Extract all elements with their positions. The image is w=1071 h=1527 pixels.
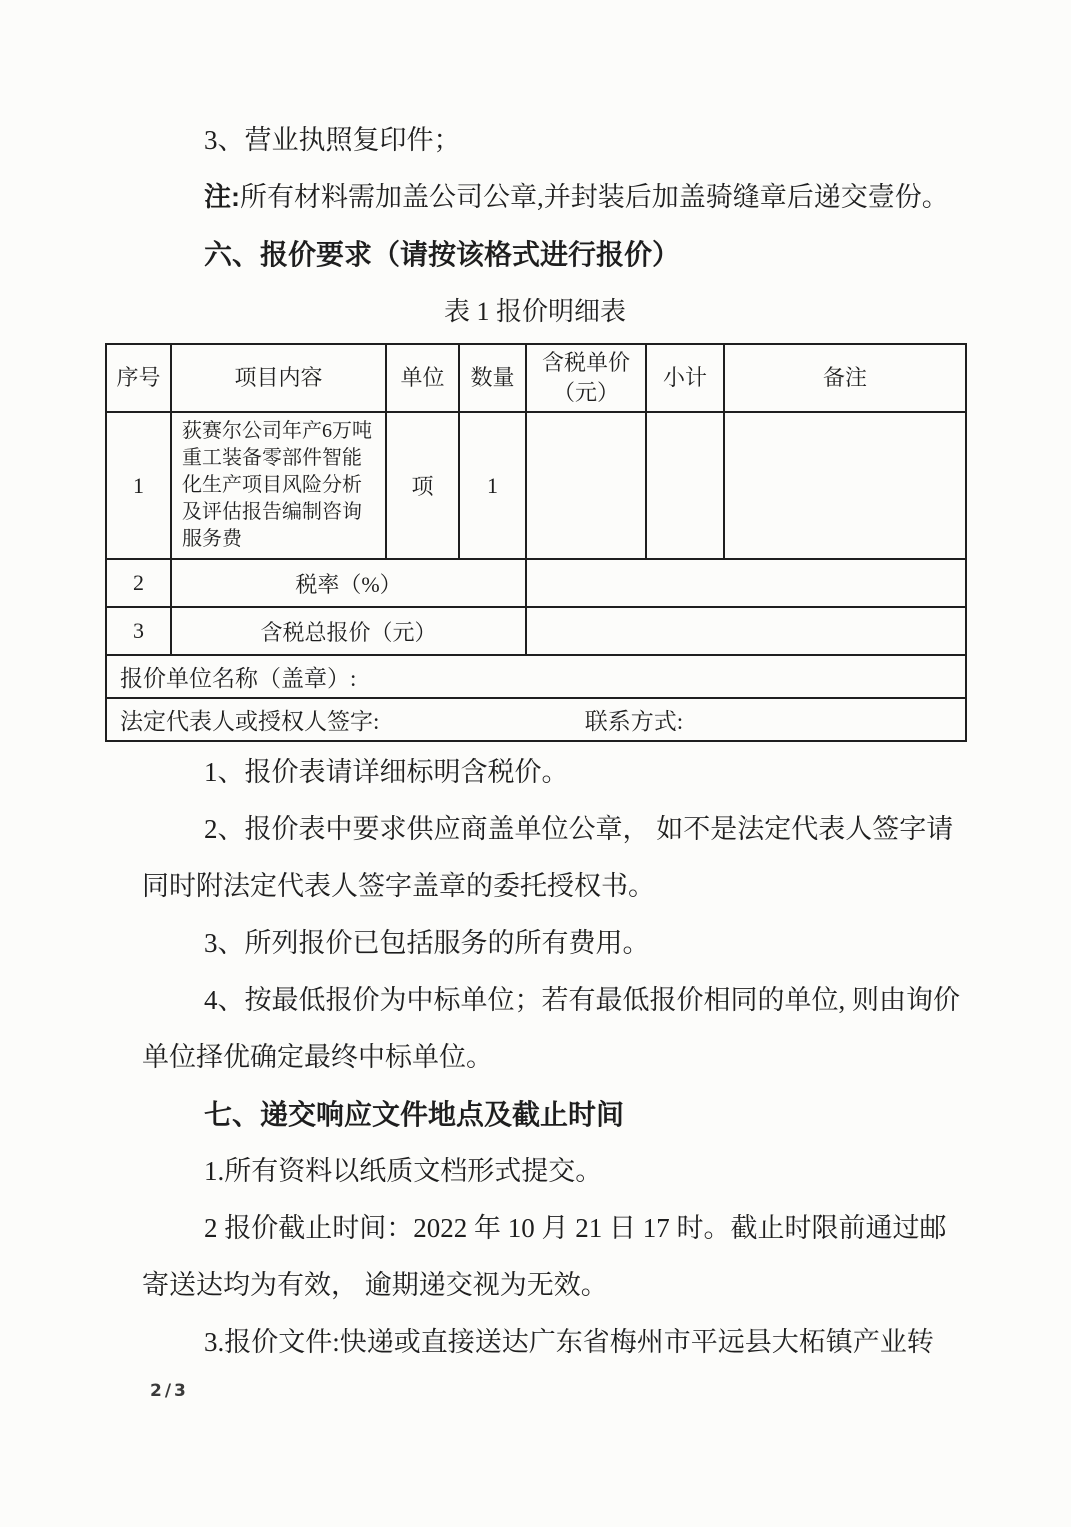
tax-no-cell: 2 <box>106 559 171 607</box>
col-header-unit-price: 含税单价 （元） <box>526 344 646 412</box>
note-item-4: 4、按最低报价为中标单位；若有最低报价相同的单位, 则由询价 单位择优确定最终中… <box>142 972 992 1086</box>
note-item-3: 3、所列报价已包括服务的所有费用。 <box>142 915 992 972</box>
document-page: 3、营业执照复印件； 注:所有材料需加盖公司公章,并封装后加盖骑缝章后递交壹份。… <box>0 0 1071 1527</box>
signature-cell: 法定代表人或授权人签字:联系方式: <box>106 698 966 741</box>
item-qty-cell: 1 <box>459 412 526 559</box>
table-header-row: 序号 项目内容 单位 数量 含税单价 （元） 小计 备注 <box>106 344 966 412</box>
section-six-heading: 六、报价要求（请按该格式进行报价） <box>142 226 992 283</box>
item-no-cell: 1 <box>106 412 171 559</box>
table-row-signature: 法定代表人或授权人签字:联系方式: <box>106 698 966 741</box>
col-header-qty: 数量 <box>459 344 526 412</box>
submission-item-3: 3.报价文件:快递或直接送达广东省梅州市平远县大柘镇产业转 <box>142 1314 992 1371</box>
note-item-1: 1、报价表请详细标明含税价。 <box>142 744 992 801</box>
note-label: 注: <box>204 182 240 212</box>
tax-value-cell <box>526 559 966 607</box>
table-row-tax-rate: 2 税率（%） <box>106 559 966 607</box>
item-content-cell: 荻赛尔公司年产6万吨 重工装备零部件智能 化生产项目风险分析 及评估报告编制咨询… <box>171 412 386 559</box>
item-unit-price-cell <box>526 412 646 559</box>
note-item-2: 2、报价表中要求供应商盖单位公章， 如不是法定代表人签字请 同时附法定代表人签字… <box>142 801 992 915</box>
item-subtotal-cell <box>646 412 724 559</box>
submission-item-1: 1.所有资料以纸质文档形式提交。 <box>142 1143 992 1200</box>
col-header-item: 项目内容 <box>171 344 386 412</box>
submission-item-2: 2 报价截止时间：2022 年 10 月 21 日 17 时。截止时限前通过邮 … <box>142 1200 992 1314</box>
page-number: 2/3 <box>150 1381 1071 1401</box>
quotation-table: 序号 项目内容 单位 数量 含税单价 （元） 小计 备注 1 荻赛尔公司年产6万… <box>105 343 967 742</box>
tax-label-cell: 税率（%） <box>171 559 526 607</box>
total-no-cell: 3 <box>106 607 171 655</box>
col-header-subtotal: 小计 <box>646 344 724 412</box>
table-caption: 表 1 报价明细表 <box>105 283 965 340</box>
company-name-cell: 报价单位名称（盖章）: <box>106 655 966 698</box>
section-seven-heading: 七、递交响应文件地点及截止时间 <box>142 1086 992 1143</box>
col-header-remark: 备注 <box>724 344 966 412</box>
col-header-unit: 单位 <box>386 344 459 412</box>
item-unit-cell: 项 <box>386 412 459 559</box>
contact-label: 联系方式: <box>585 709 683 734</box>
notes-section: 1、报价表请详细标明含税价。 2、报价表中要求供应商盖单位公章， 如不是法定代表… <box>0 744 1071 1371</box>
item-remark-cell <box>724 412 966 559</box>
table-row-item: 1 荻赛尔公司年产6万吨 重工装备零部件智能 化生产项目风险分析 及评估报告编制… <box>106 412 966 559</box>
note-text: 所有材料需加盖公司公章,并封装后加盖骑缝章后递交壹份。 <box>240 182 949 212</box>
item-business-license: 3、营业执照复印件； <box>142 112 992 169</box>
signature-label: 法定代表人或授权人签字: <box>120 703 585 736</box>
total-value-cell <box>526 607 966 655</box>
table-row-total-price: 3 含税总报价（元） <box>106 607 966 655</box>
total-label-cell: 含税总报价（元） <box>171 607 526 655</box>
col-header-no: 序号 <box>106 344 171 412</box>
note-line: 注:所有材料需加盖公司公章,并封装后加盖骑缝章后递交壹份。 <box>142 169 992 226</box>
table-row-company-name: 报价单位名称（盖章）: <box>106 655 966 698</box>
